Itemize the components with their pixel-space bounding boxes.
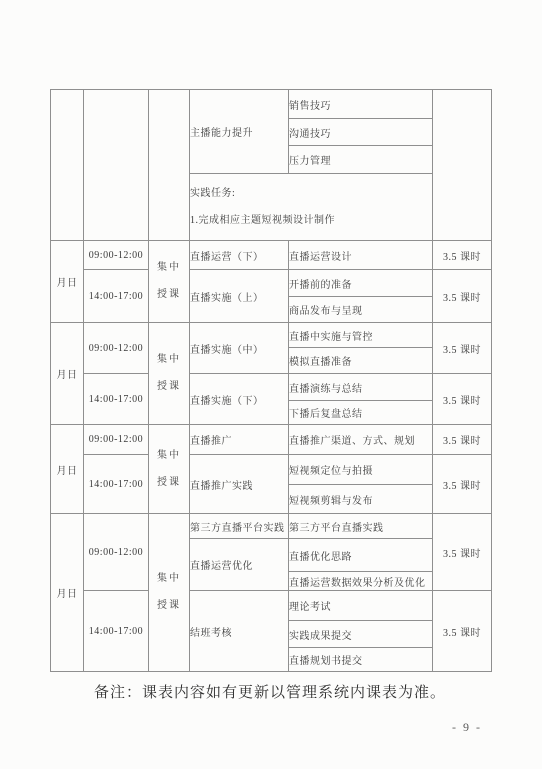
time-cell: 14:00-17:00 xyxy=(84,374,149,425)
footer-note: 备注：课表内容如有更新以管理系统内课表为准。 xyxy=(94,681,446,702)
mode-label-top: 集中 xyxy=(149,451,189,461)
hours-cell: 3.5 课时 xyxy=(433,514,492,591)
hours-cell: 3.5 课时 xyxy=(433,323,492,374)
course-cell: 直播运营优化 xyxy=(190,539,289,591)
time-cell: 09:00-12:00 xyxy=(84,514,149,591)
course-schedule-table: 主播能力提升 销售技巧 沟通技巧 压力管理 实践任务: 1.完成相应主题短视频设… xyxy=(50,89,492,672)
mode-cell: 集中 授课 xyxy=(149,241,190,323)
topic-cell: 直播规划书提交 xyxy=(289,648,433,672)
date-cell: 月日 xyxy=(51,241,84,323)
topic-cell: 直播运营设计 xyxy=(289,241,433,270)
course-cell: 主播能力提升 xyxy=(190,90,289,174)
mode-label-top: 集中 xyxy=(149,355,189,365)
course-cell: 第三方直播平台实践 xyxy=(190,514,289,539)
mode-cell: 集中 授课 xyxy=(149,323,190,425)
date-cell: 月日 xyxy=(51,425,84,514)
hours-cell: 3.5 课时 xyxy=(433,425,492,455)
time-cell: 14:00-17:00 xyxy=(84,591,149,672)
document-page: 主播能力提升 销售技巧 沟通技巧 压力管理 实践任务: 1.完成相应主题短视频设… xyxy=(0,0,542,769)
time-cell: 09:00-12:00 xyxy=(84,425,149,455)
topic-cell: 直播优化思路 xyxy=(289,539,433,572)
topic-cell: 下播后复盘总结 xyxy=(289,401,433,425)
date-cell: 月日 xyxy=(51,514,84,672)
date-cell: 月日 xyxy=(51,323,84,425)
mode-label-top: 集中 xyxy=(149,263,189,273)
mode-label-bottom: 授课 xyxy=(149,601,189,611)
page-number: - 9 - xyxy=(452,720,482,735)
topic-cell: 销售技巧 xyxy=(289,90,433,119)
topic-cell: 直播演练与总结 xyxy=(289,374,433,401)
course-cell: 直播运营（下） xyxy=(190,241,289,270)
topic-cell: 直播运营数据效果分析及优化 xyxy=(289,572,433,591)
time-cell: 14:00-17:00 xyxy=(84,455,149,514)
course-cell: 直播实施（中） xyxy=(190,323,289,374)
time-cell: 09:00-12:00 xyxy=(84,241,149,270)
topic-cell: 开播前的准备 xyxy=(289,270,433,297)
mode-cell: 集中 授课 xyxy=(149,514,190,672)
course-cell: 直播实施（下） xyxy=(190,374,289,425)
mode-cell: 集中 授课 xyxy=(149,425,190,514)
topic-cell: 直播中实施与管控 xyxy=(289,323,433,348)
topic-cell: 短视频定位与拍摄 xyxy=(289,455,433,485)
time-cell-empty xyxy=(84,90,149,241)
mode-label-bottom: 授课 xyxy=(149,290,189,300)
mode-label-bottom: 授课 xyxy=(149,382,189,392)
topic-cell: 理论考试 xyxy=(289,591,433,621)
topic-cell: 商品发布与呈现 xyxy=(289,297,433,323)
hours-cell: 3.5 课时 xyxy=(433,374,492,425)
course-cell: 结班考核 xyxy=(190,591,289,672)
time-cell: 14:00-17:00 xyxy=(84,270,149,323)
mode-label-top: 集中 xyxy=(149,574,189,584)
hours-cell: 3.5 课时 xyxy=(433,270,492,323)
hours-cell-empty xyxy=(433,90,492,241)
practice-label: 实践任务: xyxy=(190,187,432,201)
mode-label-bottom: 授课 xyxy=(149,478,189,488)
mode-cell-empty xyxy=(149,90,190,241)
time-cell: 09:00-12:00 xyxy=(84,323,149,374)
topic-cell: 模拟直播准备 xyxy=(289,348,433,374)
date-cell-empty xyxy=(51,90,84,241)
course-cell: 直播推广实践 xyxy=(190,455,289,514)
topic-cell: 沟通技巧 xyxy=(289,119,433,146)
course-cell: 直播实施（上） xyxy=(190,270,289,323)
practice-task-cell: 实践任务: 1.完成相应主题短视频设计制作 xyxy=(190,174,433,241)
topic-cell: 短视频剪辑与发布 xyxy=(289,485,433,514)
hours-cell: 3.5 课时 xyxy=(433,455,492,514)
topic-cell: 压力管理 xyxy=(289,146,433,174)
topic-cell: 实践成果提交 xyxy=(289,621,433,648)
practice-task: 1.完成相应主题短视频设计制作 xyxy=(190,214,432,228)
course-cell: 直播推广 xyxy=(190,425,289,455)
hours-cell: 3.5 课时 xyxy=(433,591,492,672)
topic-cell: 第三方平台直播实践 xyxy=(289,514,433,539)
hours-cell: 3.5 课时 xyxy=(433,241,492,270)
topic-cell: 直播推广渠道、方式、规划 xyxy=(289,425,433,455)
